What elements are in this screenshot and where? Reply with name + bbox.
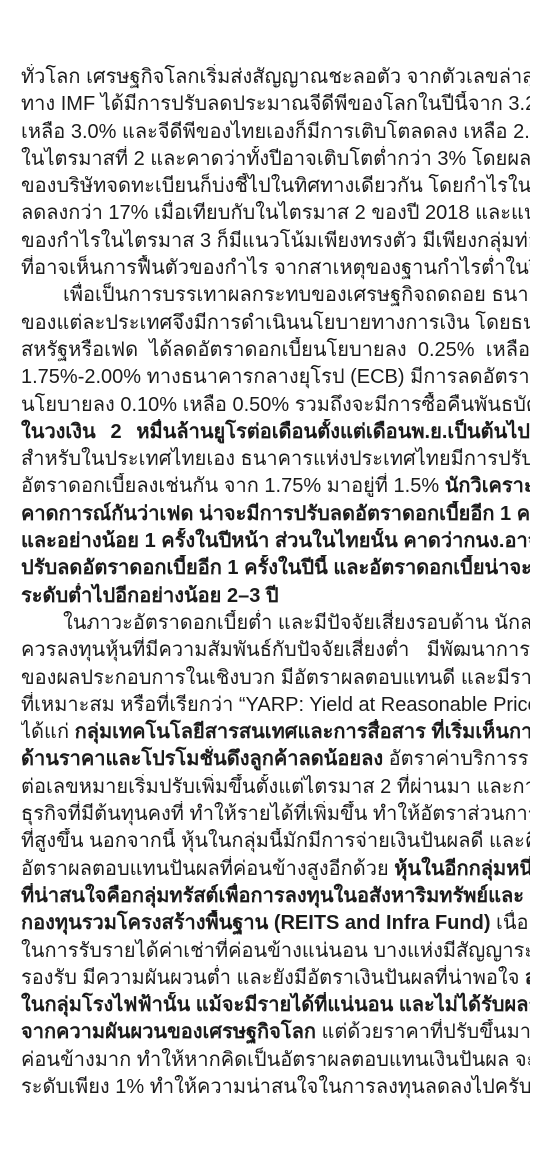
text-line: ค่อนข้างมาก ทำให้หากคิดเป็นอัตราผลตอบแทน… — [21, 1047, 530, 1074]
text-run: แต่ด้วยราคาที่ปรับขึ้นมาแล้ว — [316, 1021, 530, 1043]
text-line: ควรลงทุนหุ้นที่มีความสัมพันธ์กับปัจจัยเส… — [21, 637, 530, 664]
text-line: ที่เหมาะสม หรือที่เรียกว่า “YARP: Yield … — [21, 692, 530, 719]
text-line: ธุรกิจที่มีต้นทุนคงที่ ทำให้รายได้ที่เพิ… — [21, 801, 530, 828]
text-run: กลุ่มเทคโนโลยีสารสนเทศและการสื่อสาร ที่เ… — [75, 721, 530, 743]
text-run: ทั่วโลก เศรษฐกิจโลกเริ่มส่งสัญญาณชะลอตัว… — [21, 66, 530, 88]
text-run: ระดับต่ำไปอีกอย่างน้อย 2–3 ปี — [21, 585, 279, 607]
text-line: ด้านราคาและโปรโมชั่นดึงลูกค้าลดน้อยลง อั… — [21, 746, 530, 773]
text-run: ระดับเพียง 1% ทำให้ความน่าสนใจในการลงทุน… — [21, 1076, 530, 1098]
text-line: ของแต่ละประเทศจึงมีการดำเนินนโยบายทางการ… — [21, 310, 530, 337]
text-run: ในไตรมาสที่ 2 และคาดว่าทั้งปีอาจเติบโตต่… — [21, 148, 530, 170]
text-line: ในกลุ่มโรงไฟฟ้านั้น แม้จะมีรายได้ที่แน่น… — [21, 992, 530, 1019]
text-run: ลดลงกว่า 17% เมื่อเทียบกับในไตรมาส 2 ของ… — [21, 202, 530, 224]
text-run: สหรัฐหรือเฟด ได้ลดอัตราดอกเบี้ยนโยบายลง … — [21, 339, 530, 361]
text-run: ในภาวะอัตราดอกเบี้ยต่ำ และมีปัจจัยเสี่ยง… — [63, 612, 530, 634]
text-line: ในวงเงิน 2 หมื่นล้านยูโรต่อเดือนตั้งแต่เ… — [21, 419, 530, 446]
text-run: ควรลงทุนหุ้นที่มีความสัมพันธ์กับปัจจัยเส… — [21, 639, 530, 661]
text-line: ทาง IMF ได้มีการปรับลดประมาณจีดีพีของโลก… — [21, 91, 530, 118]
text-line: จากความผันผวนของเศรษฐกิจโลก แต่ด้วยราคาท… — [21, 1019, 530, 1046]
text-line: ของกำไรในไตรมาส 3 ก็มีแนวโน้มเพียงทรงตัว… — [21, 228, 530, 255]
text-run: ของบริษัทจดทะเบียนก็บ่งชี้ไปในทิศทางเดีย… — [21, 175, 530, 197]
text-line: ที่น่าสนใจคือกลุ่มทรัสต์เพื่อการลงทุนในอ… — [21, 883, 530, 910]
text-run: นักวิเคราะห์มีการ — [445, 475, 530, 497]
text-line: ทั่วโลก เศรษฐกิจโลกเริ่มส่งสัญญาณชะลอตัว… — [21, 64, 530, 91]
text-line: ลดลงกว่า 17% เมื่อเทียบกับในไตรมาส 2 ของ… — [21, 200, 530, 227]
text-run: ในวงเงิน 2 หมื่นล้านยูโรต่อเดือนตั้งแต่เ… — [21, 421, 530, 443]
text-run: ทาง IMF ได้มีการปรับลดประมาณจีดีพีของโลก… — [21, 93, 530, 115]
text-line: ได้แก่ กลุ่มเทคโนโลยีสารสนเทศและการสื่อส… — [21, 719, 530, 746]
text-run: รองรับ มีความผันผวนต่ำ และยังมีอัตราเงิน… — [21, 967, 525, 989]
text-run: ที่สูงขึ้น นอกจากนี้ หุ้นในกลุ่มนี้มักมี… — [21, 830, 530, 852]
text-run: ที่น่าสนใจคือกลุ่มทรัสต์เพื่อการลงทุนในอ… — [21, 885, 524, 907]
text-run: อัตราดอกเบี้ยลงเช่นกัน จาก 1.75% มาอยู่ท… — [21, 475, 445, 497]
text-run: ของแต่ละประเทศจึงมีการดำเนินนโยบายทางการ… — [21, 312, 530, 334]
text-line: ระดับเพียง 1% ทำให้ความน่าสนใจในการลงทุน… — [21, 1074, 530, 1101]
text-run: จากความผันผวนของเศรษฐกิจโลก — [21, 1021, 316, 1043]
text-run: และอย่างน้อย 1 ครั้งในปีหน้า ส่วนในไทยนั… — [21, 530, 530, 552]
text-line: คาดการณ์กันว่าเฟด น่าจะมีการปรับลดอัตราด… — [21, 501, 530, 528]
text-run: ต่อเลขหมายเริ่มปรับเพิ่มขึ้นตั้งแต่ไตรมา… — [21, 776, 530, 798]
text-line: ปรับลดอัตราดอกเบี้ยอีก 1 ครั้งในปีนี้ แล… — [21, 555, 530, 582]
text-run: เหลือ 3.0% และจีดีพีของไทยเองก็มีการเติบ… — [21, 121, 530, 143]
text-line: ระดับต่ำไปอีกอย่างน้อย 2–3 ปี — [21, 583, 530, 610]
text-run: ได้แก่ — [21, 721, 75, 743]
text-run: สำหรับในประเทศไทยเอง ธนาคารแห่งประเทศไทย… — [21, 448, 530, 470]
text-run: ธุรกิจที่มีต้นทุนคงที่ ทำให้รายได้ที่เพิ… — [21, 803, 530, 825]
text-run: กองทุนรวมโครงสร้างพื้นฐาน (REITS and Inf… — [21, 912, 490, 934]
text-run: ค่อนข้างมาก ทำให้หากคิดเป็นอัตราผลตอบแทน… — [21, 1049, 530, 1071]
article-body: ทั่วโลก เศรษฐกิจโลกเริ่มส่งสัญญาณชะลอตัว… — [0, 0, 550, 1101]
text-line: อัตราผลตอบแทนปันผลที่ค่อนข้างสูงอีกด้วย … — [21, 856, 530, 883]
text-run: หุ้นในอีกกลุ่มหนึ่ง — [394, 858, 530, 880]
text-run: ที่อาจเห็นการฟื้นตัวของกำไร จากสาเหตุของ… — [21, 257, 530, 279]
text-line: ของบริษัทจดทะเบียนก็บ่งชี้ไปในทิศทางเดีย… — [21, 173, 530, 200]
text-run: ด้านราคาและโปรโมชั่นดึงลูกค้าลดน้อยลง — [21, 748, 383, 770]
text-line: ในการรับรายได้ค่าเช่าที่ค่อนข้างแน่นอน บ… — [21, 938, 530, 965]
text-line: และอย่างน้อย 1 ครั้งในปีหน้า ส่วนในไทยนั… — [21, 528, 530, 555]
text-line: 1.75%-2.00% ทางธนาคารกลางยุโรป (ECB) มีก… — [21, 364, 530, 391]
text-run: อัตราค่าบริการรายเดือน — [383, 748, 530, 770]
text-run: เนื่องจาก — [490, 912, 530, 934]
text-run: ในการรับรายได้ค่าเช่าที่ค่อนข้างแน่นอน บ… — [21, 940, 530, 962]
text-line: อัตราดอกเบี้ยลงเช่นกัน จาก 1.75% มาอยู่ท… — [21, 473, 530, 500]
text-line: ของผลประกอบการในเชิงบวก มีอัตราผลตอบแทนด… — [21, 665, 530, 692]
text-run: 1.75%-2.00% ทางธนาคารกลางยุโรป (ECB) มีก… — [21, 366, 530, 388]
text-run: นโยบายลง 0.10% เหลือ 0.50% รวมถึงจะมีการ… — [21, 394, 530, 416]
document-page: ทั่วโลก เศรษฐกิจโลกเริ่มส่งสัญญาณชะลอตัว… — [0, 0, 550, 1160]
text-line: เหลือ 3.0% และจีดีพีของไทยเองก็มีการเติบ… — [21, 119, 530, 146]
text-line: เพื่อเป็นการบรรเทาผลกระทบของเศรษฐกิจถดถอ… — [21, 282, 530, 309]
text-run: ที่เหมาะสม หรือที่เรียกว่า “YARP: Yield … — [21, 694, 530, 716]
text-run: ส่วนหุ้น — [525, 967, 530, 989]
text-line: รองรับ มีความผันผวนต่ำ และยังมีอัตราเงิน… — [21, 965, 530, 992]
text-run: ของผลประกอบการในเชิงบวก มีอัตราผลตอบแทนด… — [21, 667, 530, 689]
text-run: เพื่อเป็นการบรรเทาผลกระทบของเศรษฐกิจถดถอ… — [63, 284, 530, 306]
text-line: กองทุนรวมโครงสร้างพื้นฐาน (REITS and Inf… — [21, 910, 530, 937]
text-run: ปรับลดอัตราดอกเบี้ยอีก 1 ครั้งในปีนี้ แล… — [21, 557, 530, 579]
text-line: สำหรับในประเทศไทยเอง ธนาคารแห่งประเทศไทย… — [21, 446, 530, 473]
text-line: สหรัฐหรือเฟด ได้ลดอัตราดอกเบี้ยนโยบายลง … — [21, 337, 530, 364]
text-line: ในภาวะอัตราดอกเบี้ยต่ำ และมีปัจจัยเสี่ยง… — [21, 610, 530, 637]
text-run: ของกำไรในไตรมาส 3 ก็มีแนวโน้มเพียงทรงตัว… — [21, 230, 530, 252]
text-run: อัตราผลตอบแทนปันผลที่ค่อนข้างสูงอีกด้วย — [21, 858, 394, 880]
text-line: ในไตรมาสที่ 2 และคาดว่าทั้งปีอาจเติบโตต่… — [21, 146, 530, 173]
text-run: คาดการณ์กันว่าเฟด น่าจะมีการปรับลดอัตราด… — [21, 503, 530, 525]
text-line: ที่อาจเห็นการฟื้นตัวของกำไร จากสาเหตุของ… — [21, 255, 530, 282]
text-line: ต่อเลขหมายเริ่มปรับเพิ่มขึ้นตั้งแต่ไตรมา… — [21, 774, 530, 801]
text-run: ในกลุ่มโรงไฟฟ้านั้น แม้จะมีรายได้ที่แน่น… — [21, 994, 530, 1016]
text-line: นโยบายลง 0.10% เหลือ 0.50% รวมถึงจะมีการ… — [21, 392, 530, 419]
text-line: ที่สูงขึ้น นอกจากนี้ หุ้นในกลุ่มนี้มักมี… — [21, 828, 530, 855]
